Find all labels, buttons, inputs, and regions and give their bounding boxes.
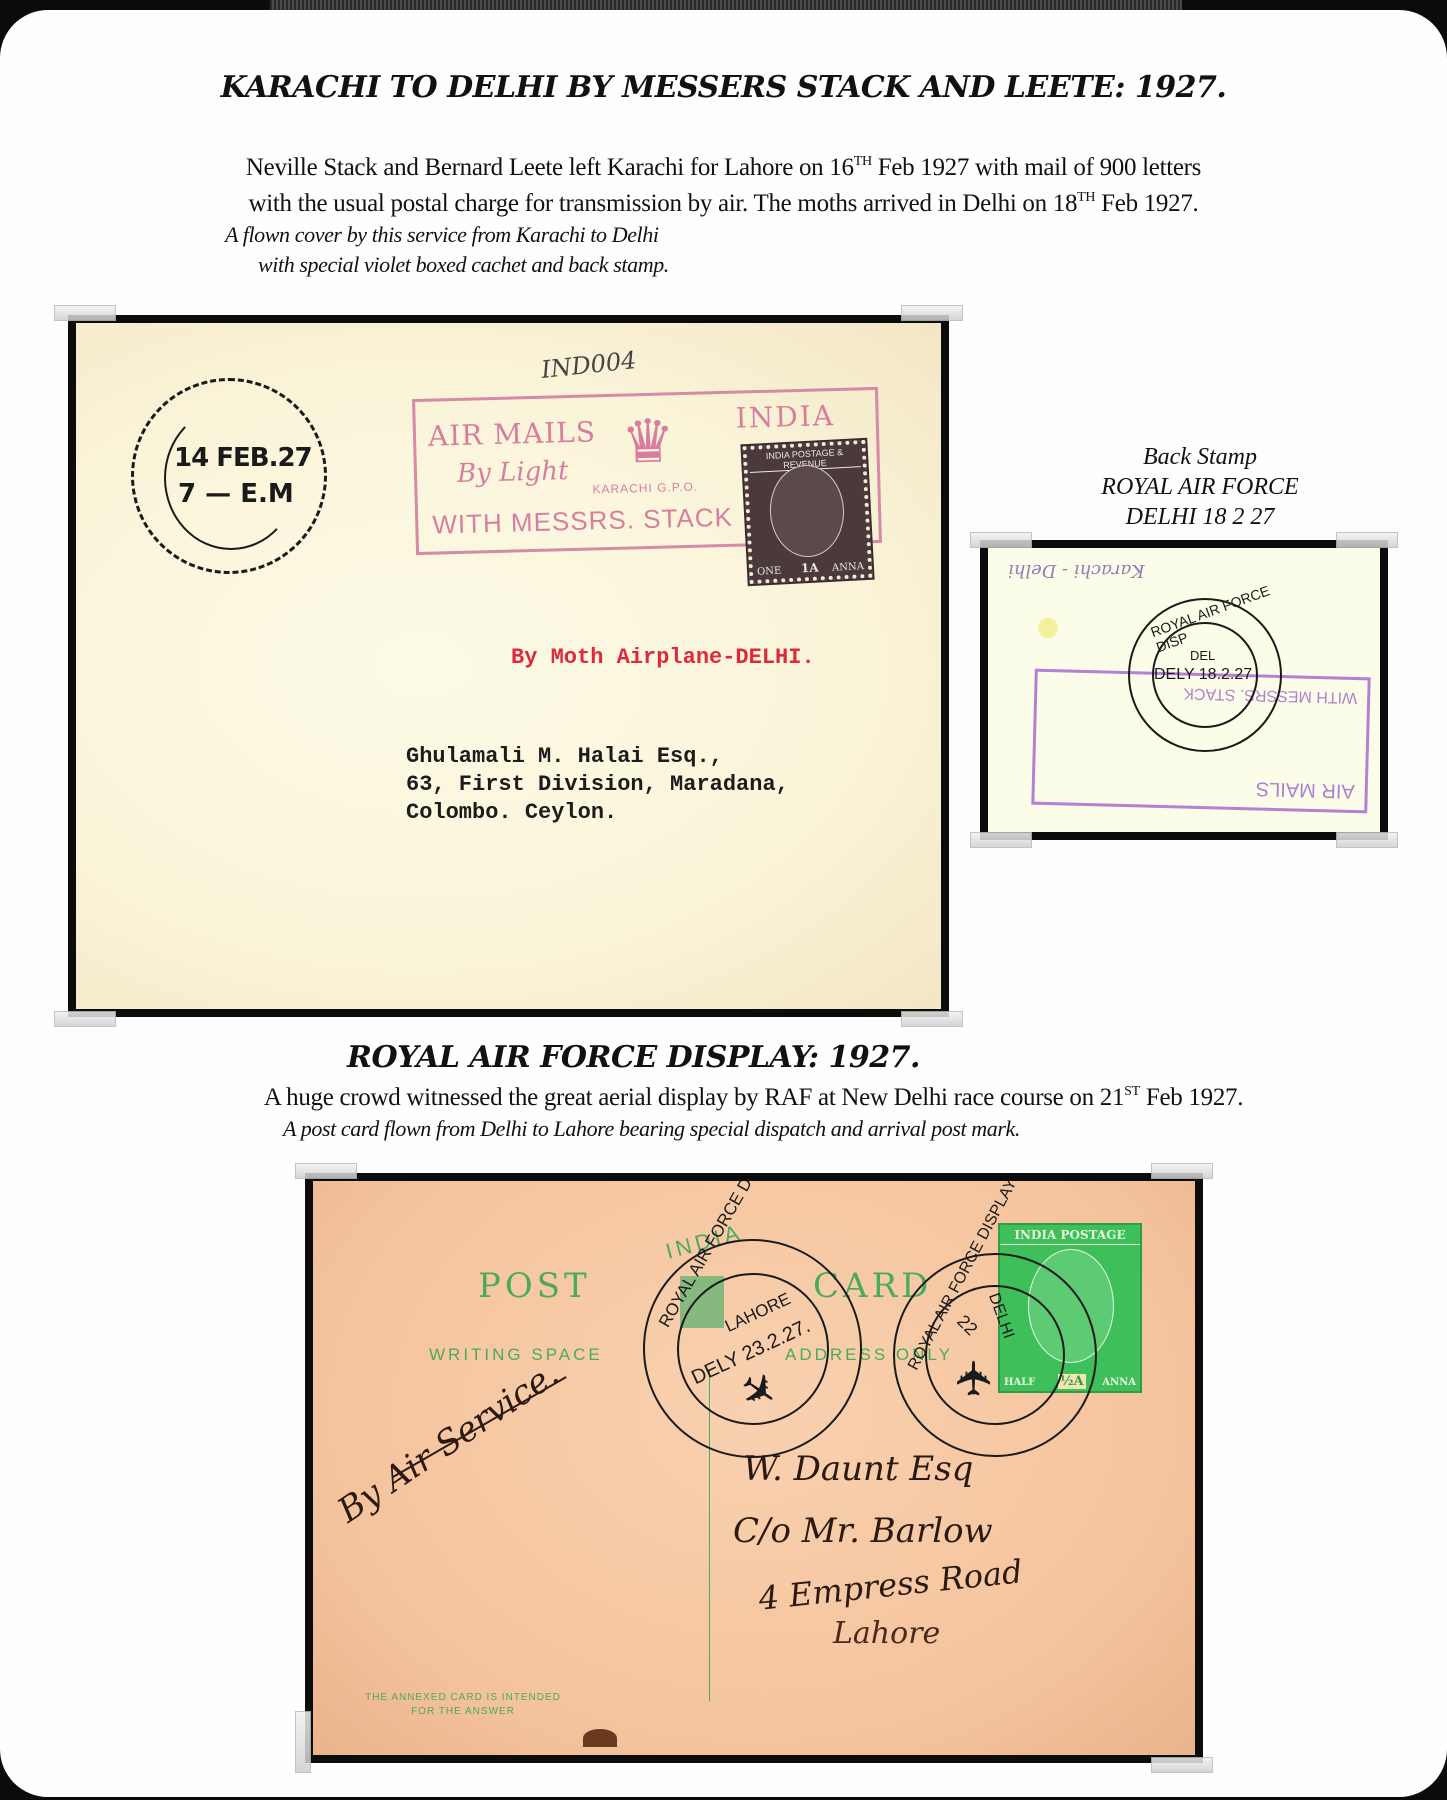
caption-line: Back Stamp bbox=[1050, 442, 1350, 472]
airplane-icon: ✈ bbox=[947, 1358, 1003, 1398]
stain bbox=[1038, 618, 1058, 638]
section-title-raf-display: ROYAL AIR FORCE DISPLAY: 1927. bbox=[0, 1040, 1357, 1075]
para-text: Feb 1927 with mail of 900 letters bbox=[872, 154, 1201, 181]
handwritten-address-line: W. Daunt Esq bbox=[743, 1449, 973, 1489]
section-title-karachi-delhi: KARACHI TO DELHI BY MESSERS STACK AND LE… bbox=[0, 70, 1447, 105]
cachet-by-light: By Light bbox=[457, 456, 569, 489]
superscript: TH bbox=[854, 154, 872, 169]
king-portrait-icon bbox=[768, 463, 847, 559]
handwritten-address-line: 4 Empress Road bbox=[757, 1552, 1024, 1617]
para-text: with the usual postal charge for transmi… bbox=[248, 190, 1077, 217]
indicium-anna: ANNA bbox=[1102, 1377, 1136, 1388]
underline-stroke bbox=[393, 1376, 567, 1478]
section1-note-line1: A flown cover by this service from Karac… bbox=[225, 220, 659, 250]
mount-corner bbox=[295, 1711, 311, 1773]
postmark-date: DELY 18.2.27 bbox=[1154, 666, 1252, 684]
section1-note-line2: with special violet boxed cachet and bac… bbox=[258, 250, 669, 280]
annex-line: THE ANNEXED CARD IS INTENDED bbox=[343, 1691, 583, 1705]
superscript: ST bbox=[1124, 1084, 1140, 1099]
pencil-inventory-note: IND004 bbox=[540, 346, 638, 384]
mount-corner bbox=[901, 305, 963, 321]
pencil-route-note: Karachi - Delhi bbox=[1008, 560, 1145, 581]
cachet-office: KARACHI G.P.O. bbox=[592, 480, 698, 497]
cachet-with-messrs: WITH MESSRS. STACK bbox=[432, 502, 733, 541]
exhibit-page: KARACHI TO DELHI BY MESSERS STACK AND LE… bbox=[0, 10, 1447, 1797]
cover-back-stamp: Karachi - Delhi AIR MAILS WITH MESSRS. S… bbox=[980, 540, 1388, 840]
postcard-paper: POST CARD INDIA WRITING SPACE ADDRESS ON… bbox=[313, 1181, 1195, 1755]
mount-corner bbox=[54, 1011, 116, 1027]
para-text: Feb 1927. bbox=[1095, 190, 1198, 217]
typed-address: Ghulamali M. Halai Esq., 63, First Divis… bbox=[406, 743, 789, 827]
backstamp-caption: Back Stamp ROYAL AIR FORCE DELHI 18 2 27 bbox=[1050, 442, 1350, 532]
mount-corner bbox=[1336, 832, 1398, 848]
para-text: A huge crowd witnessed the great aerial … bbox=[264, 1084, 1124, 1111]
postcard-post-label: POST bbox=[478, 1266, 591, 1306]
delhi-dispatch-postmark: ROYAL AIR FORCE DISPLAY 1927 DELHI 22 ✈ bbox=[893, 1253, 1097, 1457]
caption-line: DELHI 18 2 27 bbox=[1050, 502, 1350, 532]
mount-corner bbox=[1336, 532, 1398, 548]
annexed-card-note: THE ANNEXED CARD IS INTENDED FOR THE ANS… bbox=[343, 1691, 583, 1719]
cover-back-paper: Karachi - Delhi AIR MAILS WITH MESSRS. S… bbox=[988, 548, 1380, 832]
cachet-air-mails: AIR MAILS bbox=[428, 415, 597, 452]
one-anna-stamp: INDIA POSTAGE & REVENUE ONE 1A ANNA bbox=[742, 440, 872, 584]
caption-line: ROYAL AIR FORCE bbox=[1050, 472, 1350, 502]
cachet-india: INDIA bbox=[735, 399, 835, 435]
indicium-header: INDIA POSTAGE bbox=[1000, 1228, 1140, 1245]
typed-route-line: By Moth Airplane-DELHI. bbox=[511, 645, 815, 670]
karachi-postmark: 14 FEB.27 7 — E.M bbox=[131, 378, 327, 574]
flown-cover-karachi-delhi: IND004 14 FEB.27 7 — E.M AIR MAILS By Li… bbox=[68, 315, 949, 1017]
stamp-anna: ANNA bbox=[832, 561, 864, 574]
crown-icon: ♛ bbox=[620, 411, 675, 472]
postmark-city: DEL bbox=[1190, 648, 1215, 663]
raf-dispatch-postmark: ROYAL AIR FORCE DISP DEL DELY 18.2.27 bbox=[1128, 598, 1282, 752]
mount-corner bbox=[970, 832, 1032, 848]
mount-corner bbox=[295, 1163, 357, 1179]
ink-stain bbox=[583, 1729, 617, 1747]
mount-corner bbox=[970, 532, 1032, 548]
postmark-inner-ring bbox=[164, 406, 298, 550]
section2-note: A post card flown from Delhi to Lahore b… bbox=[283, 1114, 1020, 1144]
para-text: Feb 1927. bbox=[1140, 1084, 1243, 1111]
mount-corner bbox=[901, 1011, 963, 1027]
mount-corner bbox=[1151, 1163, 1213, 1179]
reverse-cachet-text: AIR MAILS bbox=[1256, 776, 1355, 802]
section1-paragraph-line1: Neville Stack and Bernard Leete left Kar… bbox=[0, 150, 1447, 186]
annex-line: FOR THE ANSWER bbox=[343, 1705, 583, 1719]
handwritten-address-line: C/o Mr. Barlow bbox=[733, 1511, 993, 1551]
raf-display-postcard: POST CARD INDIA WRITING SPACE ADDRESS ON… bbox=[305, 1173, 1203, 1763]
cover-paper: IND004 14 FEB.27 7 — E.M AIR MAILS By Li… bbox=[76, 323, 941, 1009]
section2-paragraph: A huge crowd witnessed the great aerial … bbox=[30, 1080, 1447, 1116]
writing-space-label: WRITING SPACE bbox=[429, 1345, 603, 1365]
stamp-value: 1A bbox=[801, 561, 819, 576]
section1-paragraph-line2: with the usual postal charge for transmi… bbox=[0, 186, 1447, 222]
lahore-arrival-postmark: ROYAL AIR FORCE DISPLAY 1927 LAHORE DELY… bbox=[643, 1239, 862, 1458]
stamp-one: ONE bbox=[757, 565, 782, 577]
para-text: Neville Stack and Bernard Leete left Kar… bbox=[246, 154, 854, 181]
handwritten-address-line: Lahore bbox=[833, 1616, 940, 1651]
superscript: TH bbox=[1077, 190, 1095, 205]
mount-corner bbox=[1151, 1757, 1213, 1773]
mount-corner bbox=[54, 305, 116, 321]
